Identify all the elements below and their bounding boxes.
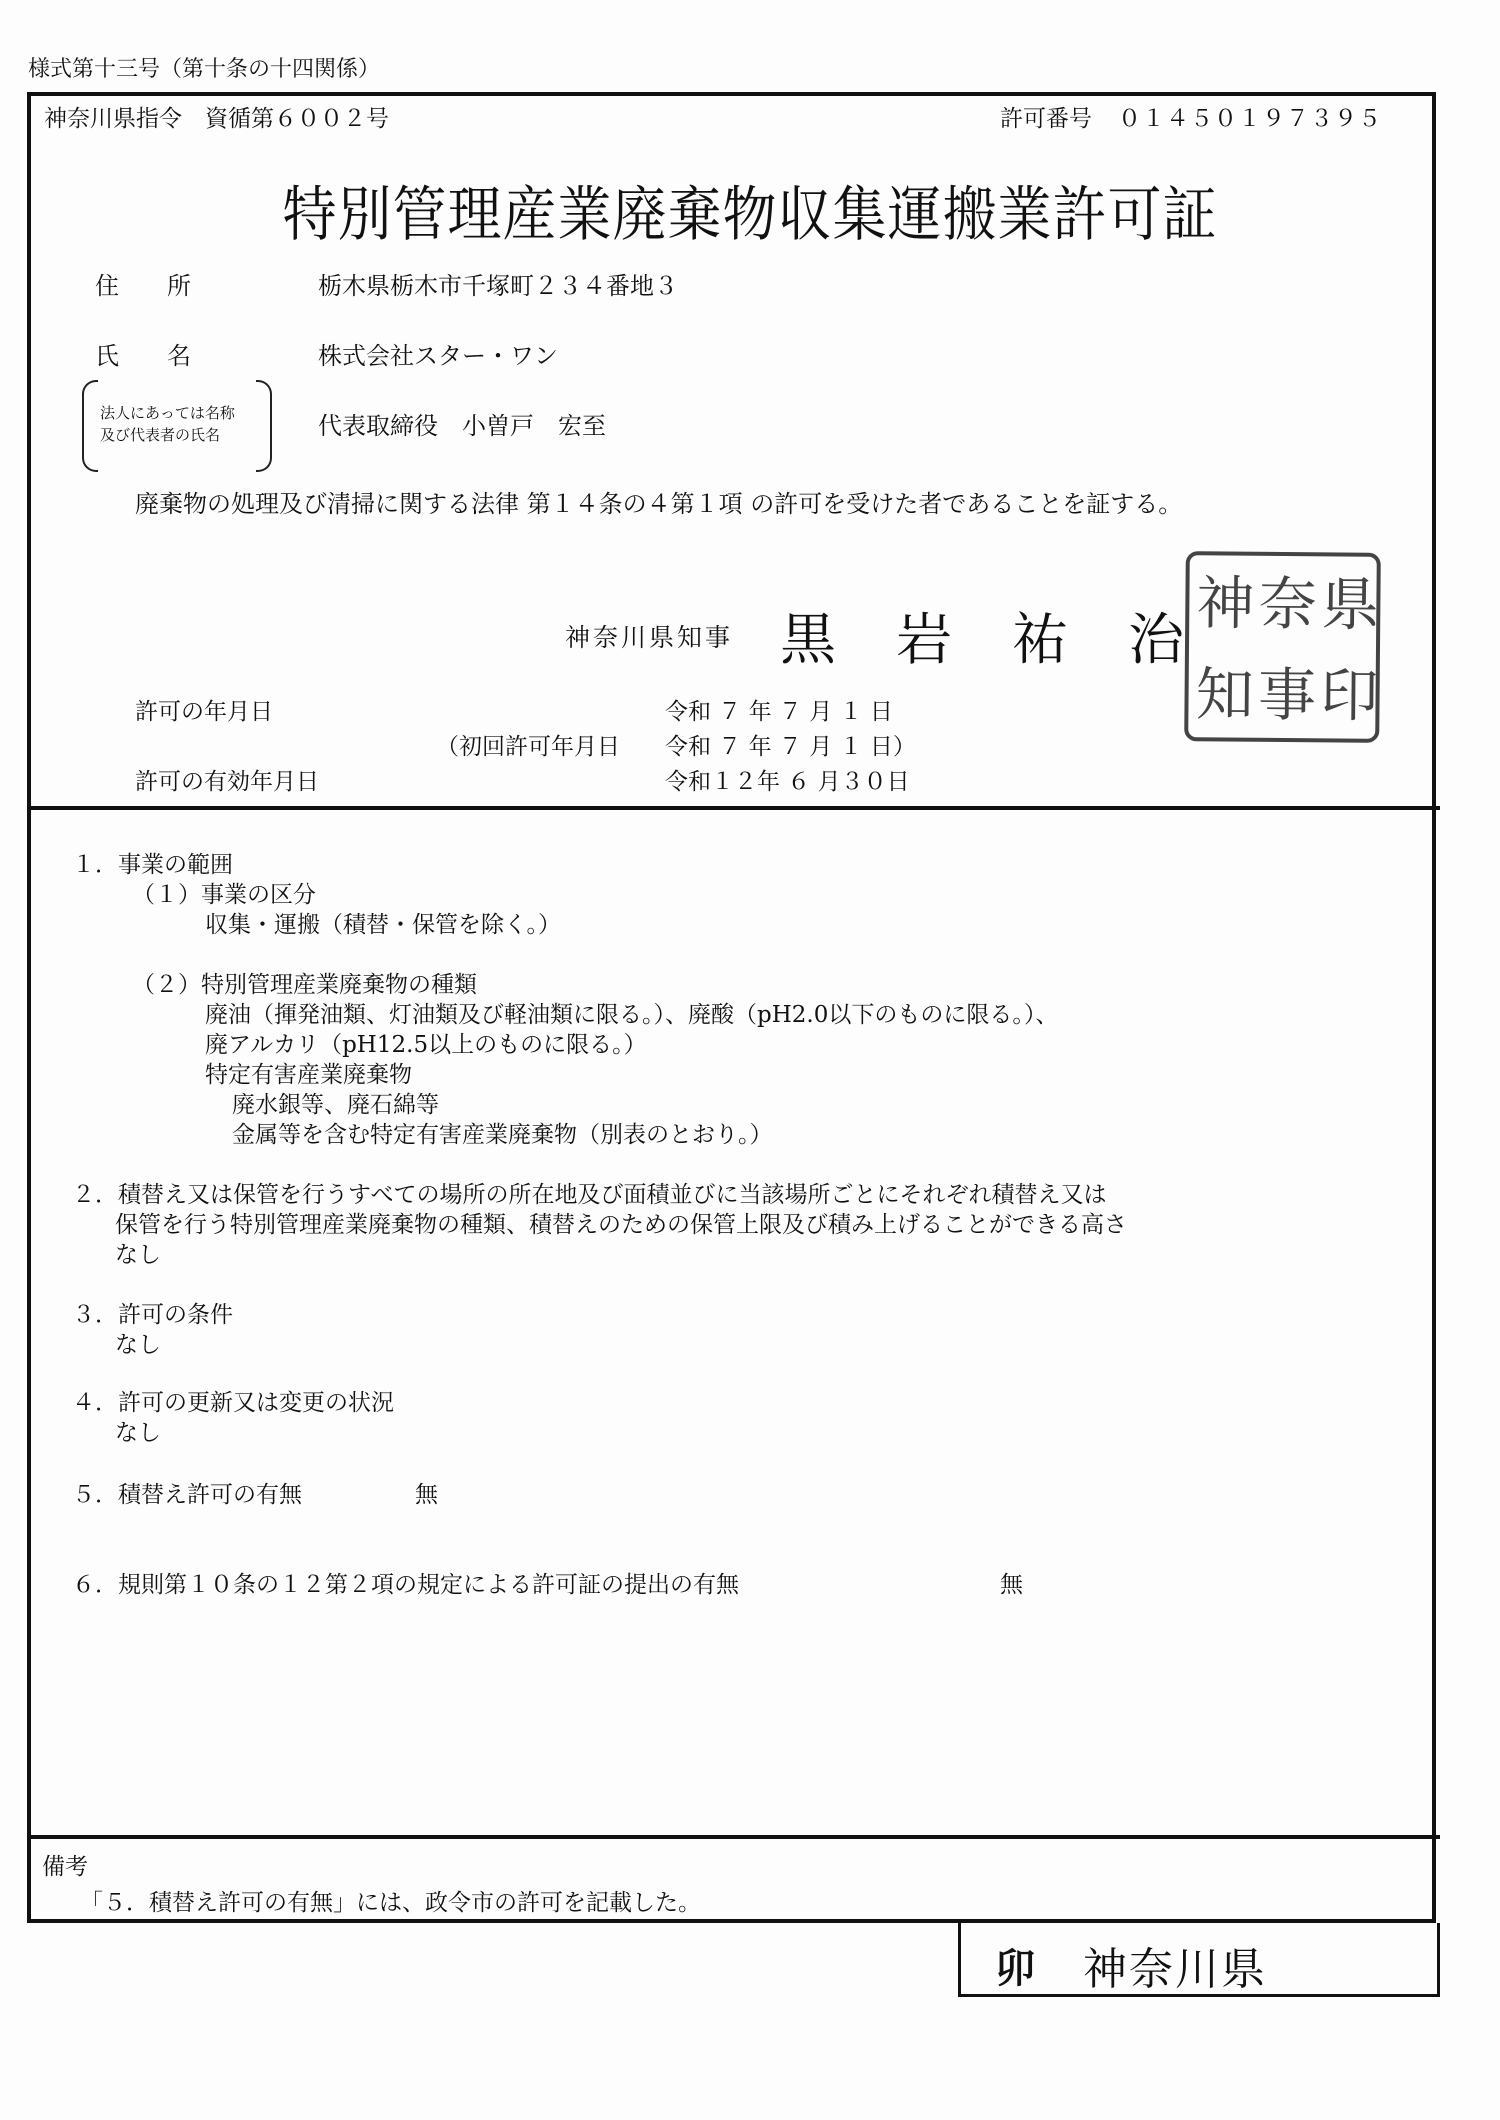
section-2-value: なし: [115, 1236, 161, 1269]
section-1-2-heading: （２）特別管理産業廃棄物の種類: [132, 966, 477, 999]
corporation-note: 法人にあっては名称 及び代表者の氏名: [82, 380, 272, 468]
valid-until-label: 許可の有効年月日: [135, 763, 319, 796]
waste-type-line: 特定有害産業廃棄物: [205, 1056, 412, 1089]
bracket-right: [256, 380, 272, 472]
representative: 代表取締役 小曽戸 宏至: [318, 406, 606, 441]
remarks-label: 備考: [42, 1848, 88, 1881]
address-label: 住 所: [95, 266, 191, 301]
permit-number: ０１４５０１９７３９５: [1118, 100, 1382, 133]
section-1-1-heading: （１）事業の区分: [132, 876, 316, 909]
section-2-line2: 保管を行う特別管理産業廃棄物の種類、積替えのための保管上限及び積み上げることがで…: [115, 1206, 1127, 1239]
section-divider: [27, 806, 1440, 810]
permit-date-label: 許可の年月日: [135, 693, 273, 726]
section-5-value: 無: [415, 1476, 438, 1509]
corp-note-line2: 及び代表者の氏名: [100, 424, 235, 446]
initial-permit-label: （初回許可年月日: [436, 728, 620, 761]
waste-type-line: 廃水銀等、廃石綿等: [232, 1086, 439, 1119]
official-seal: 神 奈 県 知 事 印: [1184, 551, 1381, 743]
section-4-heading: ４．許可の更新又は変更の状況: [72, 1384, 394, 1417]
seal-char: 知: [1191, 663, 1250, 722]
permit-date: 令和 ７ 年 ７ 月 １ 日: [665, 693, 893, 726]
waste-type-line: 廃アルカリ（pH12.5以上のものに限る。）: [205, 1026, 647, 1059]
prefecture-stamp-box: 卯 神奈川県: [958, 1923, 1440, 1997]
initial-permit-date: 令和 ７ 年 ７ 月 １ 日）: [665, 728, 916, 761]
waste-type-line: 廃油（揮発油類、灯油類及び軽油類に限る。）、廃酸（pH2.0以下のものに限る。）…: [205, 996, 1058, 1029]
bracket-left: [82, 380, 98, 472]
seal-char: 神: [1191, 572, 1250, 631]
section-5-heading: ５．積替え許可の有無: [72, 1476, 302, 1509]
kanagawa-emblem-icon: 卯: [995, 1937, 1029, 1994]
permit-number-label: 許可番号: [1000, 100, 1092, 133]
directive-number: 神奈川県指令 資循第６００２号: [44, 100, 389, 133]
seal-char: 事: [1253, 663, 1312, 722]
prefecture-name: 神奈川県: [1083, 1933, 1267, 1997]
corp-note-line1: 法人にあっては名称: [100, 402, 235, 424]
section-4-value: なし: [115, 1414, 161, 1447]
valid-until-date: 令和１２年 ６ 月３０日: [665, 763, 910, 796]
waste-type-line: 金属等を含む特定有害産業廃棄物（別表のとおり。）: [232, 1116, 773, 1149]
section-6-value: 無: [1000, 1566, 1023, 1599]
form-number: 様式第十三号（第十条の十四関係）: [28, 52, 380, 83]
address-value: 栃木県栃木市千塚町２３４番地３: [318, 266, 678, 301]
section-2-line1: ２．積替え又は保管を行うすべての場所の所在地及び面積並びに当該場所ごとにそれぞれ…: [72, 1176, 1107, 1209]
section-1-1-text: 収集・運搬（積替・保管を除く。）: [205, 906, 561, 939]
remarks-text: 「５．積替え許可の有無」には、政令市の許可を記載した。: [80, 1884, 701, 1917]
seal-char: 奈: [1254, 572, 1313, 631]
section-1-heading: １．事業の範囲: [72, 846, 233, 879]
section-3-heading: ３．許可の条件: [72, 1296, 233, 1329]
issuer-name: 黒岩祐治: [780, 596, 1244, 676]
seal-char: 印: [1315, 664, 1374, 723]
certification-text: 廃棄物の処理及び清掃に関する法律 第１４条の４第１項 の許可を受けた者であること…: [135, 484, 1182, 519]
page-title: 特別管理産業廃棄物収集運搬業許可証: [0, 168, 1500, 253]
remarks-divider: [27, 1835, 1440, 1839]
section-3-value: なし: [115, 1326, 161, 1359]
company-name: 株式会社スター・ワン: [318, 336, 558, 371]
name-label: 氏 名: [95, 336, 191, 371]
seal-char: 県: [1316, 573, 1375, 632]
section-6-heading: ６．規則第１０条の１２第２項の規定による許可証の提出の有無: [72, 1566, 739, 1599]
issuer-title: 神奈川県知事: [565, 618, 733, 654]
